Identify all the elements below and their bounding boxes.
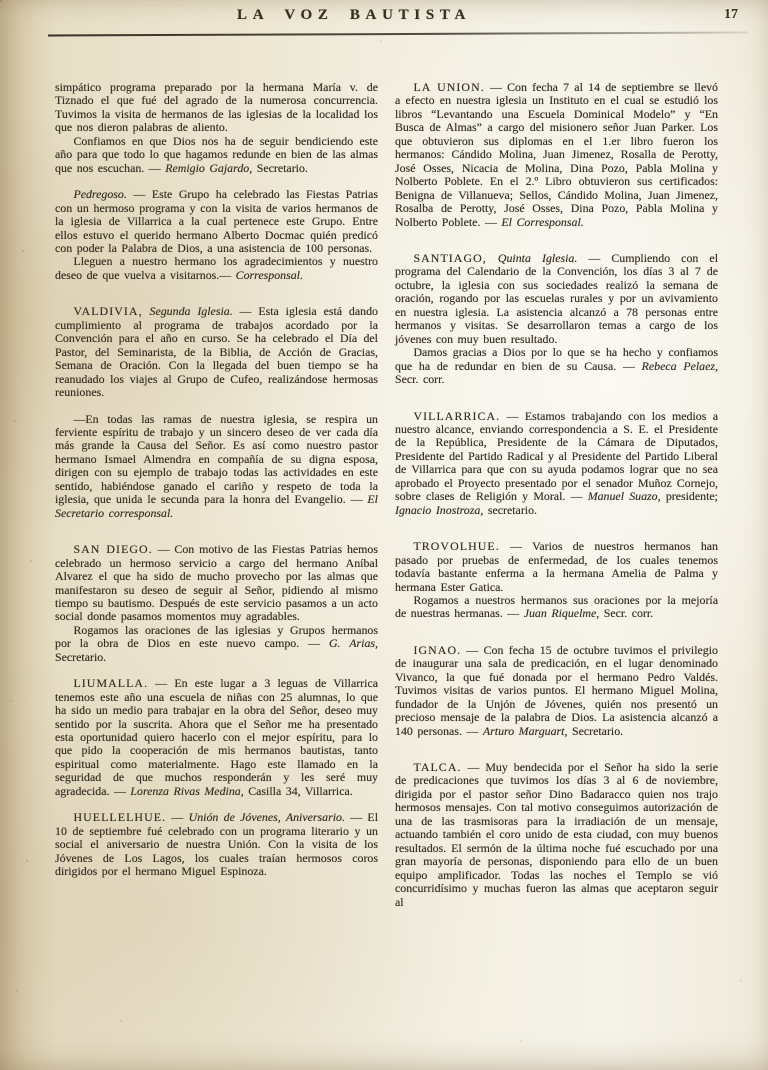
body-text: Lleguen a nuestro hermano los agradecimi…	[55, 254, 378, 281]
paragraph: Lleguen a nuestro hermano los agradecimi…	[55, 255, 378, 282]
body-text: Secretario.	[55, 650, 106, 664]
article-columns: simpático programa preparado por la herm…	[0, 35, 768, 909]
paragraph: simpático programa preparado por la herm…	[55, 81, 378, 135]
section-heading: SANTIAGO,	[413, 251, 486, 265]
italic-text: Juan Riquelme,	[524, 606, 600, 620]
italic-text: Remigio Gajardo,	[165, 161, 252, 175]
body-text: —En todas las ramas de nuestra iglesia, …	[55, 412, 378, 507]
italic-text: Arturo Marguart,	[483, 724, 568, 738]
body-text: presidente;	[661, 489, 718, 503]
italic-text: Segunda Iglesia.	[150, 304, 233, 318]
body-text: Secr. corr.	[395, 372, 444, 386]
body-text: simpático programa preparado por la herm…	[55, 80, 378, 134]
paragraph: SANTIAGO, Quinta Iglesia. — Cumpliendo c…	[395, 252, 718, 346]
paragraph: Rogamos las oraciones de las iglesias y …	[55, 624, 378, 664]
page-header: LA VOZ BAUTISTA 17	[0, 0, 768, 35]
paragraph: IGNAO. — Con fecha 15 de octubre tuvimos…	[395, 644, 718, 738]
paragraph: SAN DIEGO. — Con motivo de las Fiestas P…	[55, 543, 378, 624]
scanned-newspaper-page: LA VOZ BAUTISTA 17 simpático programa pr…	[0, 0, 768, 1070]
italic-text: G. Arias,	[329, 636, 378, 650]
paragraph: Damos gracias a Dios por lo que se ha he…	[395, 346, 718, 386]
paragraph: Rogamos a nuestros hermanos sus oracione…	[395, 594, 718, 621]
paragraph: TROVOLHUE. — Varios de nuestros hermanos…	[395, 540, 718, 594]
section-heading: SAN DIEGO.	[73, 542, 152, 556]
italic-text: Rebeca Pelaez,	[642, 359, 718, 373]
body-text	[143, 304, 150, 318]
body-text: Secretario.	[567, 724, 623, 738]
page-number: 17	[724, 7, 738, 23]
body-text: Casilla 34, Villarrica.	[244, 784, 353, 798]
body-text: — En este lugar a 3 leguas de Villarrica…	[55, 676, 378, 798]
section-heading: IGNAO.	[413, 643, 461, 657]
paragraph: TALCA. — Muy bendecida por el Señor ha s…	[395, 761, 718, 909]
italic-text: Unión de Jóvenes, Aniversario.	[189, 810, 345, 824]
right-column: LA UNION. — Con fecha 7 al 14 de septiem…	[395, 81, 718, 909]
italic-text: Ignacio Inostroza,	[395, 503, 483, 517]
publication-title: LA VOZ BAUTISTA	[0, 7, 708, 24]
paragraph: VILLARRICA. — Estamos trabajando con los…	[395, 410, 718, 518]
italic-text: Manuel Suazo,	[588, 489, 661, 503]
body-text: Secretario.	[252, 161, 308, 175]
body-text: — Esta iglesia está dando cumplimiento a…	[55, 304, 378, 399]
paragraph: LIUMALLA. — En este lugar a 3 leguas de …	[55, 677, 378, 798]
body-text: — Con fecha 7 al 14 de septiembre se lle…	[395, 80, 718, 229]
italic-text: Pedregoso.	[73, 187, 126, 201]
paragraph: Pedregoso. — Este Grupo ha celebrado las…	[55, 188, 378, 255]
body-text	[487, 251, 498, 265]
header-line: LA VOZ BAUTISTA 17	[0, 7, 768, 25]
body-text: — Muy bendecida por el Señor ha sido la …	[395, 760, 718, 909]
section-heading: HUELLELHUE.	[73, 810, 166, 824]
italic-text: Corresponsal.	[236, 268, 303, 282]
paragraph: LA UNION. — Con fecha 7 al 14 de septiem…	[395, 81, 718, 229]
section-heading: TROVOLHUE.	[413, 539, 499, 553]
body-text: secretario.	[483, 503, 537, 517]
italic-text: El Corresponsal.	[501, 215, 583, 229]
left-column: simpático programa preparado por la herm…	[55, 81, 378, 909]
section-heading: LA UNION.	[413, 80, 484, 94]
body-text: Secr. corr.	[599, 606, 653, 620]
body-text: —	[166, 810, 188, 824]
paragraph: VALDIVIA, Segunda Iglesia. — Esta iglesi…	[55, 305, 378, 399]
paragraph: Confiamos en que Dios nos ha de seguir b…	[55, 135, 378, 175]
italic-text: Lorenza Rivas Medina,	[130, 784, 243, 798]
section-heading: VALDIVIA,	[73, 304, 142, 318]
body-text: — Cumpliendo con el programa del Calenda…	[395, 251, 718, 346]
paragraph: HUELLELHUE. — Unión de Jóvenes, Aniversa…	[55, 811, 378, 878]
section-heading: LIUMALLA.	[73, 676, 148, 690]
section-heading: TALCA.	[413, 760, 461, 774]
paragraph: —En todas las ramas de nuestra iglesia, …	[55, 413, 378, 521]
section-heading: VILLARRICA.	[413, 409, 500, 423]
italic-text: Quinta Iglesia.	[498, 251, 577, 265]
